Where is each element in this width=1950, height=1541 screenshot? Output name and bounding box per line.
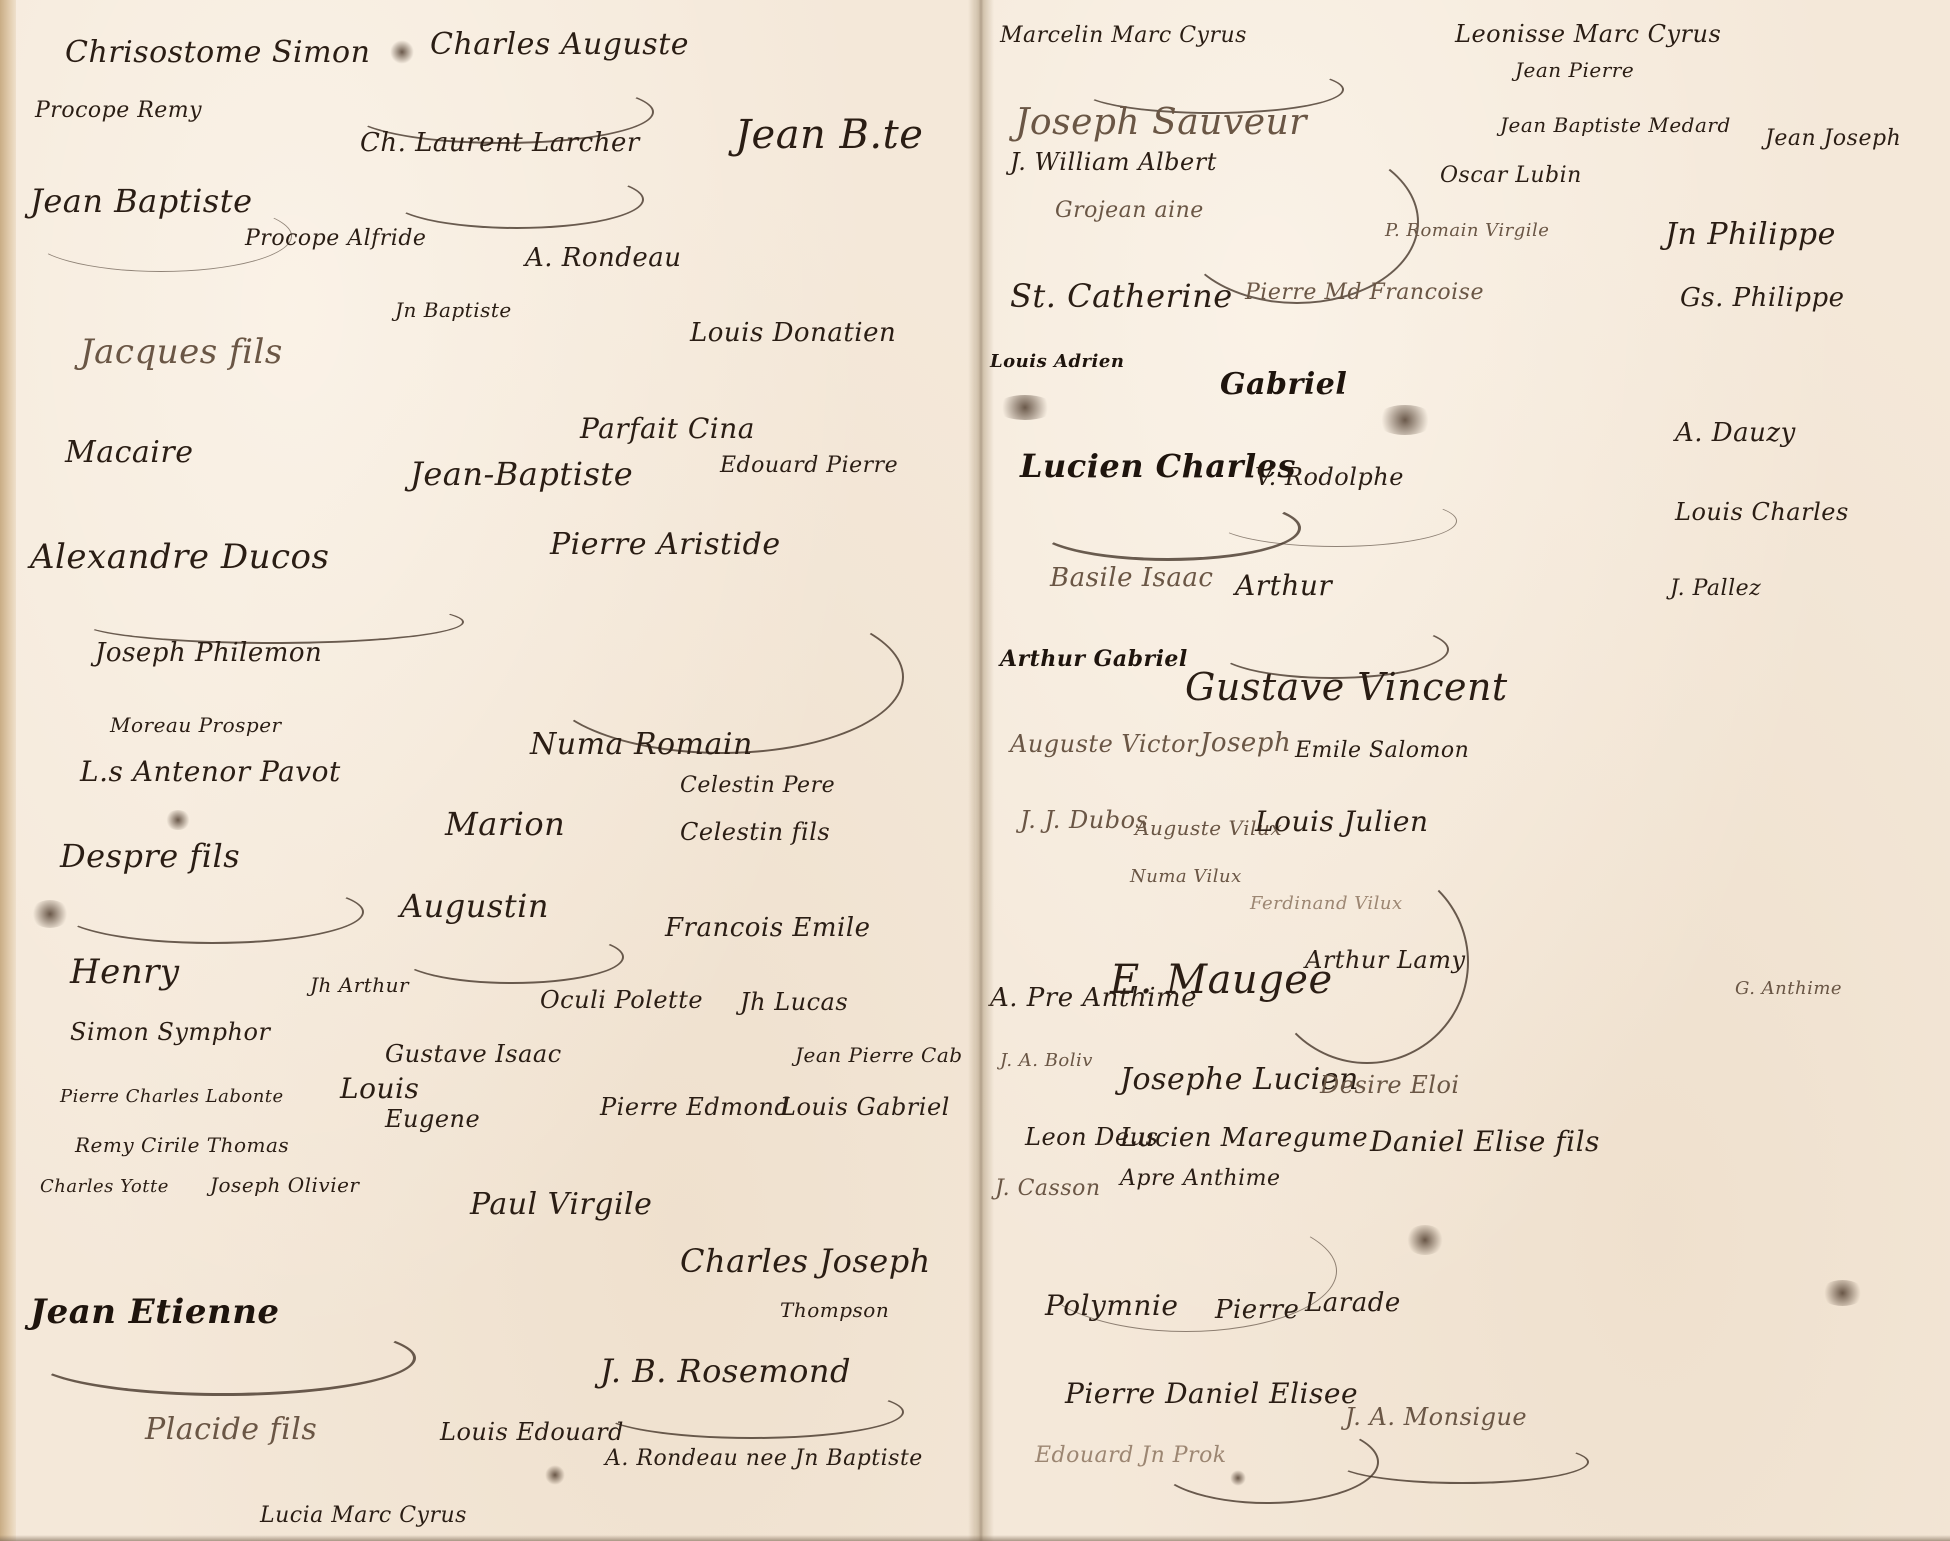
signature: Louis Gabriel bbox=[780, 1095, 950, 1119]
signature: Louis Julien bbox=[1255, 808, 1428, 836]
signature: Gabriel bbox=[1220, 370, 1347, 400]
signature: Larade bbox=[1305, 1290, 1401, 1316]
signature: J. B. Rosemond bbox=[600, 1355, 851, 1387]
signature: Eugene bbox=[385, 1107, 480, 1131]
signature: A. Rondeau bbox=[525, 245, 682, 271]
signature: Placide fils bbox=[145, 1415, 317, 1445]
signature: Auguste Victor bbox=[1010, 732, 1198, 756]
signature: Moreau Prosper bbox=[110, 715, 282, 735]
signature: Edouard Jn Prok bbox=[1035, 1445, 1227, 1467]
signature: Chrisostome Simon bbox=[65, 38, 370, 68]
signature: Celestin fils bbox=[680, 820, 830, 844]
signature: J. Pallez bbox=[1670, 578, 1761, 600]
ink-splatter bbox=[1375, 405, 1435, 435]
signature: Gustave Isaac bbox=[385, 1042, 562, 1066]
signature: Arthur Lamy bbox=[1305, 948, 1466, 972]
ink-blot bbox=[1230, 1470, 1246, 1486]
signature: Arthur bbox=[1235, 572, 1332, 600]
signature: Daniel Elise fils bbox=[1370, 1128, 1600, 1156]
signature: Marcelin Marc Cyrus bbox=[1000, 25, 1247, 47]
signature: G. Anthime bbox=[1735, 980, 1842, 998]
signature: Gustave Vincent bbox=[1185, 668, 1508, 706]
signature: Jn Philippe bbox=[1665, 220, 1836, 250]
signature: Jean Pierre bbox=[1515, 60, 1634, 80]
signature: Marion bbox=[445, 808, 565, 840]
signature: Joseph Philemon bbox=[95, 640, 322, 666]
signature: J. Casson bbox=[995, 1178, 1101, 1200]
signature: Jean Joseph bbox=[1765, 128, 1901, 150]
signature: Jean Etienne bbox=[30, 1295, 280, 1329]
signature: Numa Romain bbox=[530, 730, 753, 760]
signature: Charles Yotte bbox=[40, 1178, 169, 1196]
signature: Remy Cirile Thomas bbox=[75, 1135, 289, 1155]
book-edge bbox=[0, 0, 16, 1541]
signature: St. Catherine bbox=[1010, 280, 1233, 312]
left-page: Chrisostome SimonCharles AugusteProcope … bbox=[0, 0, 975, 1541]
signature: Thompson bbox=[780, 1300, 889, 1320]
signature: Pierre Md Francoise bbox=[1245, 282, 1484, 304]
signature: Apre Anthime bbox=[1120, 1168, 1280, 1190]
open-register-spread: Chrisostome SimonCharles AugusteProcope … bbox=[0, 0, 1950, 1541]
signature: Henry bbox=[70, 955, 180, 989]
signature: J. William Albert bbox=[1010, 150, 1217, 174]
flourish-decoration bbox=[400, 930, 624, 984]
signature: Celestin Pere bbox=[680, 775, 835, 797]
signature: Pierre Aristide bbox=[550, 530, 781, 560]
signature: Gs. Philippe bbox=[1680, 285, 1845, 311]
signature: Louis bbox=[340, 1075, 419, 1103]
flourish-decoration bbox=[60, 880, 364, 944]
signature: Louis Charles bbox=[1675, 500, 1849, 524]
signature: Joseph Sauveur bbox=[1015, 105, 1307, 141]
signature: Jean Baptiste bbox=[30, 185, 253, 217]
signature: Numa Vilux bbox=[1130, 868, 1242, 886]
signature: P. Romain Virgile bbox=[1385, 222, 1549, 240]
signature: L.s Antenor Pavot bbox=[80, 758, 341, 786]
signature: Joseph Olivier bbox=[210, 1175, 359, 1195]
signature: Leonisse Marc Cyrus bbox=[1455, 22, 1721, 46]
signature: Grojean aine bbox=[1055, 200, 1204, 222]
ink-blot bbox=[390, 40, 414, 64]
signature: J. J. Dubos bbox=[1020, 808, 1148, 832]
signature: Joseph bbox=[1200, 730, 1291, 756]
flourish-decoration bbox=[390, 170, 644, 229]
signature: Procope Remy bbox=[35, 100, 202, 122]
signature: Jean-Baptiste bbox=[410, 458, 633, 490]
book-bottom-edge bbox=[0, 1535, 1950, 1541]
flourish-decoration bbox=[1215, 495, 1457, 547]
ink-splatter bbox=[995, 395, 1055, 420]
signature: Desire Eloi bbox=[1320, 1073, 1460, 1097]
signature: Pierre bbox=[1215, 1297, 1299, 1323]
signature: Jn Baptiste bbox=[395, 300, 512, 320]
signature: Arthur Gabriel bbox=[1000, 648, 1188, 670]
signature: Louis Adrien bbox=[990, 353, 1124, 371]
signature: Lucia Marc Cyrus bbox=[260, 1505, 467, 1527]
signature: Parfait Cina bbox=[580, 415, 755, 443]
signature: Ch. Laurent Larcher bbox=[360, 130, 640, 156]
signature: Procope Alfride bbox=[245, 228, 426, 250]
signature: Basile Isaac bbox=[1050, 565, 1213, 591]
ink-smudge bbox=[1820, 1280, 1865, 1306]
signature: Louis Donatien bbox=[690, 320, 896, 346]
ink-blot bbox=[545, 1465, 565, 1485]
signature: Louis Edouard bbox=[440, 1420, 624, 1444]
signature: Simon Symphor bbox=[70, 1020, 270, 1044]
flourish-decoration bbox=[600, 1385, 904, 1439]
signature: Lucien Maregume bbox=[1120, 1125, 1368, 1151]
signature: Jean Baptiste Medard bbox=[1500, 115, 1731, 135]
signature: Augustin bbox=[400, 890, 549, 922]
signature: J. A. Boliv bbox=[1000, 1052, 1093, 1070]
signature: Jean Pierre Cab bbox=[795, 1045, 963, 1065]
signature: Oscar Lubin bbox=[1440, 165, 1582, 187]
signature: Despre fils bbox=[60, 840, 240, 872]
signature: Oculi Polette bbox=[540, 988, 703, 1012]
signature: Charles Auguste bbox=[430, 30, 689, 60]
signature: J. A. Monsigue bbox=[1345, 1405, 1527, 1429]
signature: A. Pre Anthime bbox=[990, 985, 1197, 1011]
signature: Paul Virgile bbox=[470, 1190, 652, 1220]
signature: Jacques fils bbox=[80, 335, 283, 369]
signature: Charles Joseph bbox=[680, 1245, 931, 1277]
signature: Emile Salomon bbox=[1295, 740, 1469, 762]
signature: Jh Arthur bbox=[310, 975, 409, 995]
signature: Ferdinand Vilux bbox=[1250, 895, 1403, 913]
right-page: Marcelin Marc CyrusLeonisse Marc CyrusJe… bbox=[975, 0, 1950, 1541]
ink-smudge bbox=[1405, 1225, 1445, 1255]
ink-blot bbox=[165, 810, 191, 830]
book-gutter bbox=[968, 0, 994, 1541]
signature: Jean B.te bbox=[735, 115, 923, 155]
signature: Pierre Daniel Elisee bbox=[1065, 1380, 1358, 1408]
signature: Francois Emile bbox=[665, 915, 871, 941]
signature: Edouard Pierre bbox=[720, 455, 898, 477]
signature: V. Rodolphe bbox=[1255, 465, 1404, 489]
signature: A. Rondeau nee Jn Baptiste bbox=[605, 1448, 923, 1470]
signature: Pierre Edmond bbox=[600, 1095, 790, 1119]
signature: Pierre Charles Labonte bbox=[60, 1088, 284, 1106]
flourish-decoration bbox=[1335, 1440, 1589, 1484]
signature: Alexandre Ducos bbox=[30, 540, 329, 574]
signature: A. Dauzy bbox=[1675, 420, 1796, 446]
signature: Macaire bbox=[65, 438, 193, 468]
signature: Jh Lucas bbox=[740, 990, 848, 1014]
signature: Polymnie bbox=[1045, 1292, 1178, 1320]
ink-blot bbox=[30, 900, 70, 928]
